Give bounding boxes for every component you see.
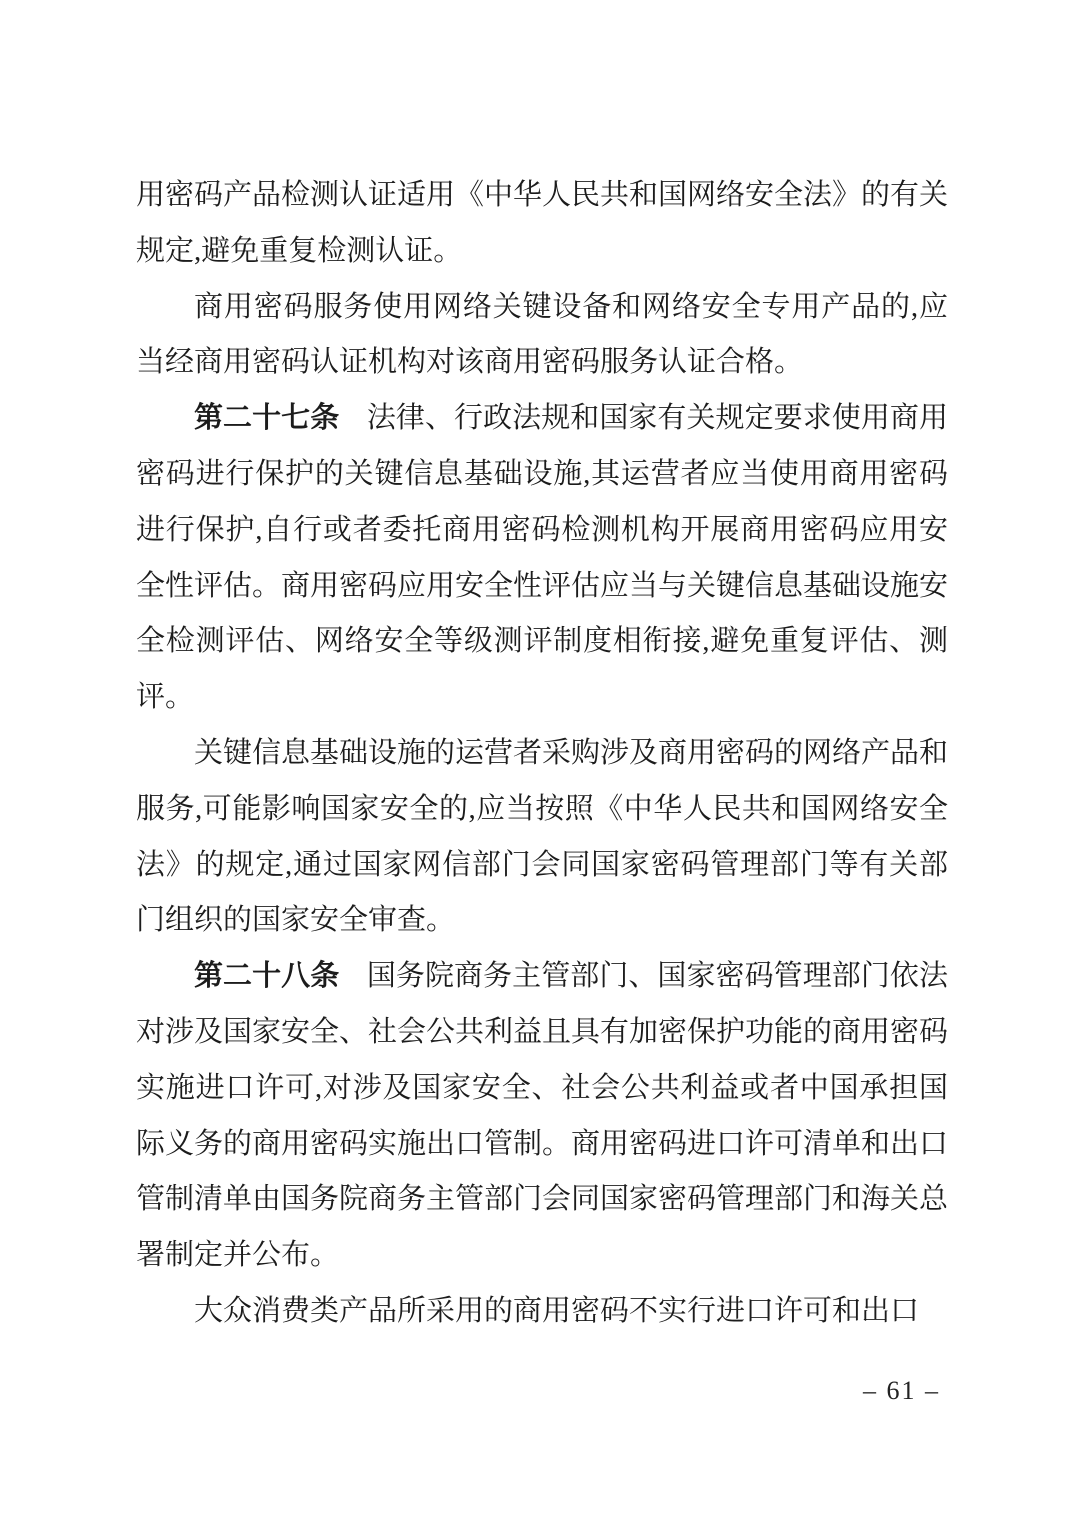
paragraph: 商用密码服务使用网络关键设备和网络安全专用产品的,应当经商用密码认证机构对该商用…: [136, 280, 948, 392]
page-number: – 61 –: [0, 1376, 940, 1406]
paragraph: 第二十七条法律、行政法规和国家有关规定要求使用商用密码进行保护的关键信息基础设施…: [136, 391, 948, 726]
paragraph: 用密码产品检测认证适用《中华人民共和国网络安全法》的有关规定,避免重复检测认证。: [136, 168, 948, 280]
document-body: 用密码产品检测认证适用《中华人民共和国网络安全法》的有关规定,避免重复检测认证。…: [136, 168, 948, 1340]
paragraph: 大众消费类产品所采用的商用密码不实行进口许可和出口: [136, 1284, 948, 1340]
paragraph-text: 用密码产品检测认证适用《中华人民共和国网络安全法》的有关规定,避免重复检测认证。: [136, 179, 948, 267]
paragraph: 关键信息基础设施的运营者采购涉及商用密码的网络产品和服务,可能影响国家安全的,应…: [136, 726, 948, 949]
paragraph-text: 大众消费类产品所采用的商用密码不实行进口许可和出口: [194, 1295, 919, 1327]
document-page: 用密码产品检测认证适用《中华人民共和国网络安全法》的有关规定,避免重复检测认证。…: [0, 0, 1080, 1527]
article-number: 第二十七条: [194, 402, 339, 434]
paragraph-text: 国务院商务主管部门、国家密码管理部门依法对涉及国家安全、社会公共利益且具有加密保…: [136, 960, 948, 1271]
paragraph-text: 关键信息基础设施的运营者采购涉及商用密码的网络产品和服务,可能影响国家安全的,应…: [136, 737, 948, 936]
article-number: 第二十八条: [194, 960, 339, 992]
paragraph-text: 商用密码服务使用网络关键设备和网络安全专用产品的,应当经商用密码认证机构对该商用…: [136, 291, 948, 379]
paragraph: 第二十八条国务院商务主管部门、国家密码管理部门依法对涉及国家安全、社会公共利益且…: [136, 949, 948, 1284]
paragraph-text: 法律、行政法规和国家有关规定要求使用商用密码进行保护的关键信息基础设施,其运营者…: [136, 402, 948, 713]
